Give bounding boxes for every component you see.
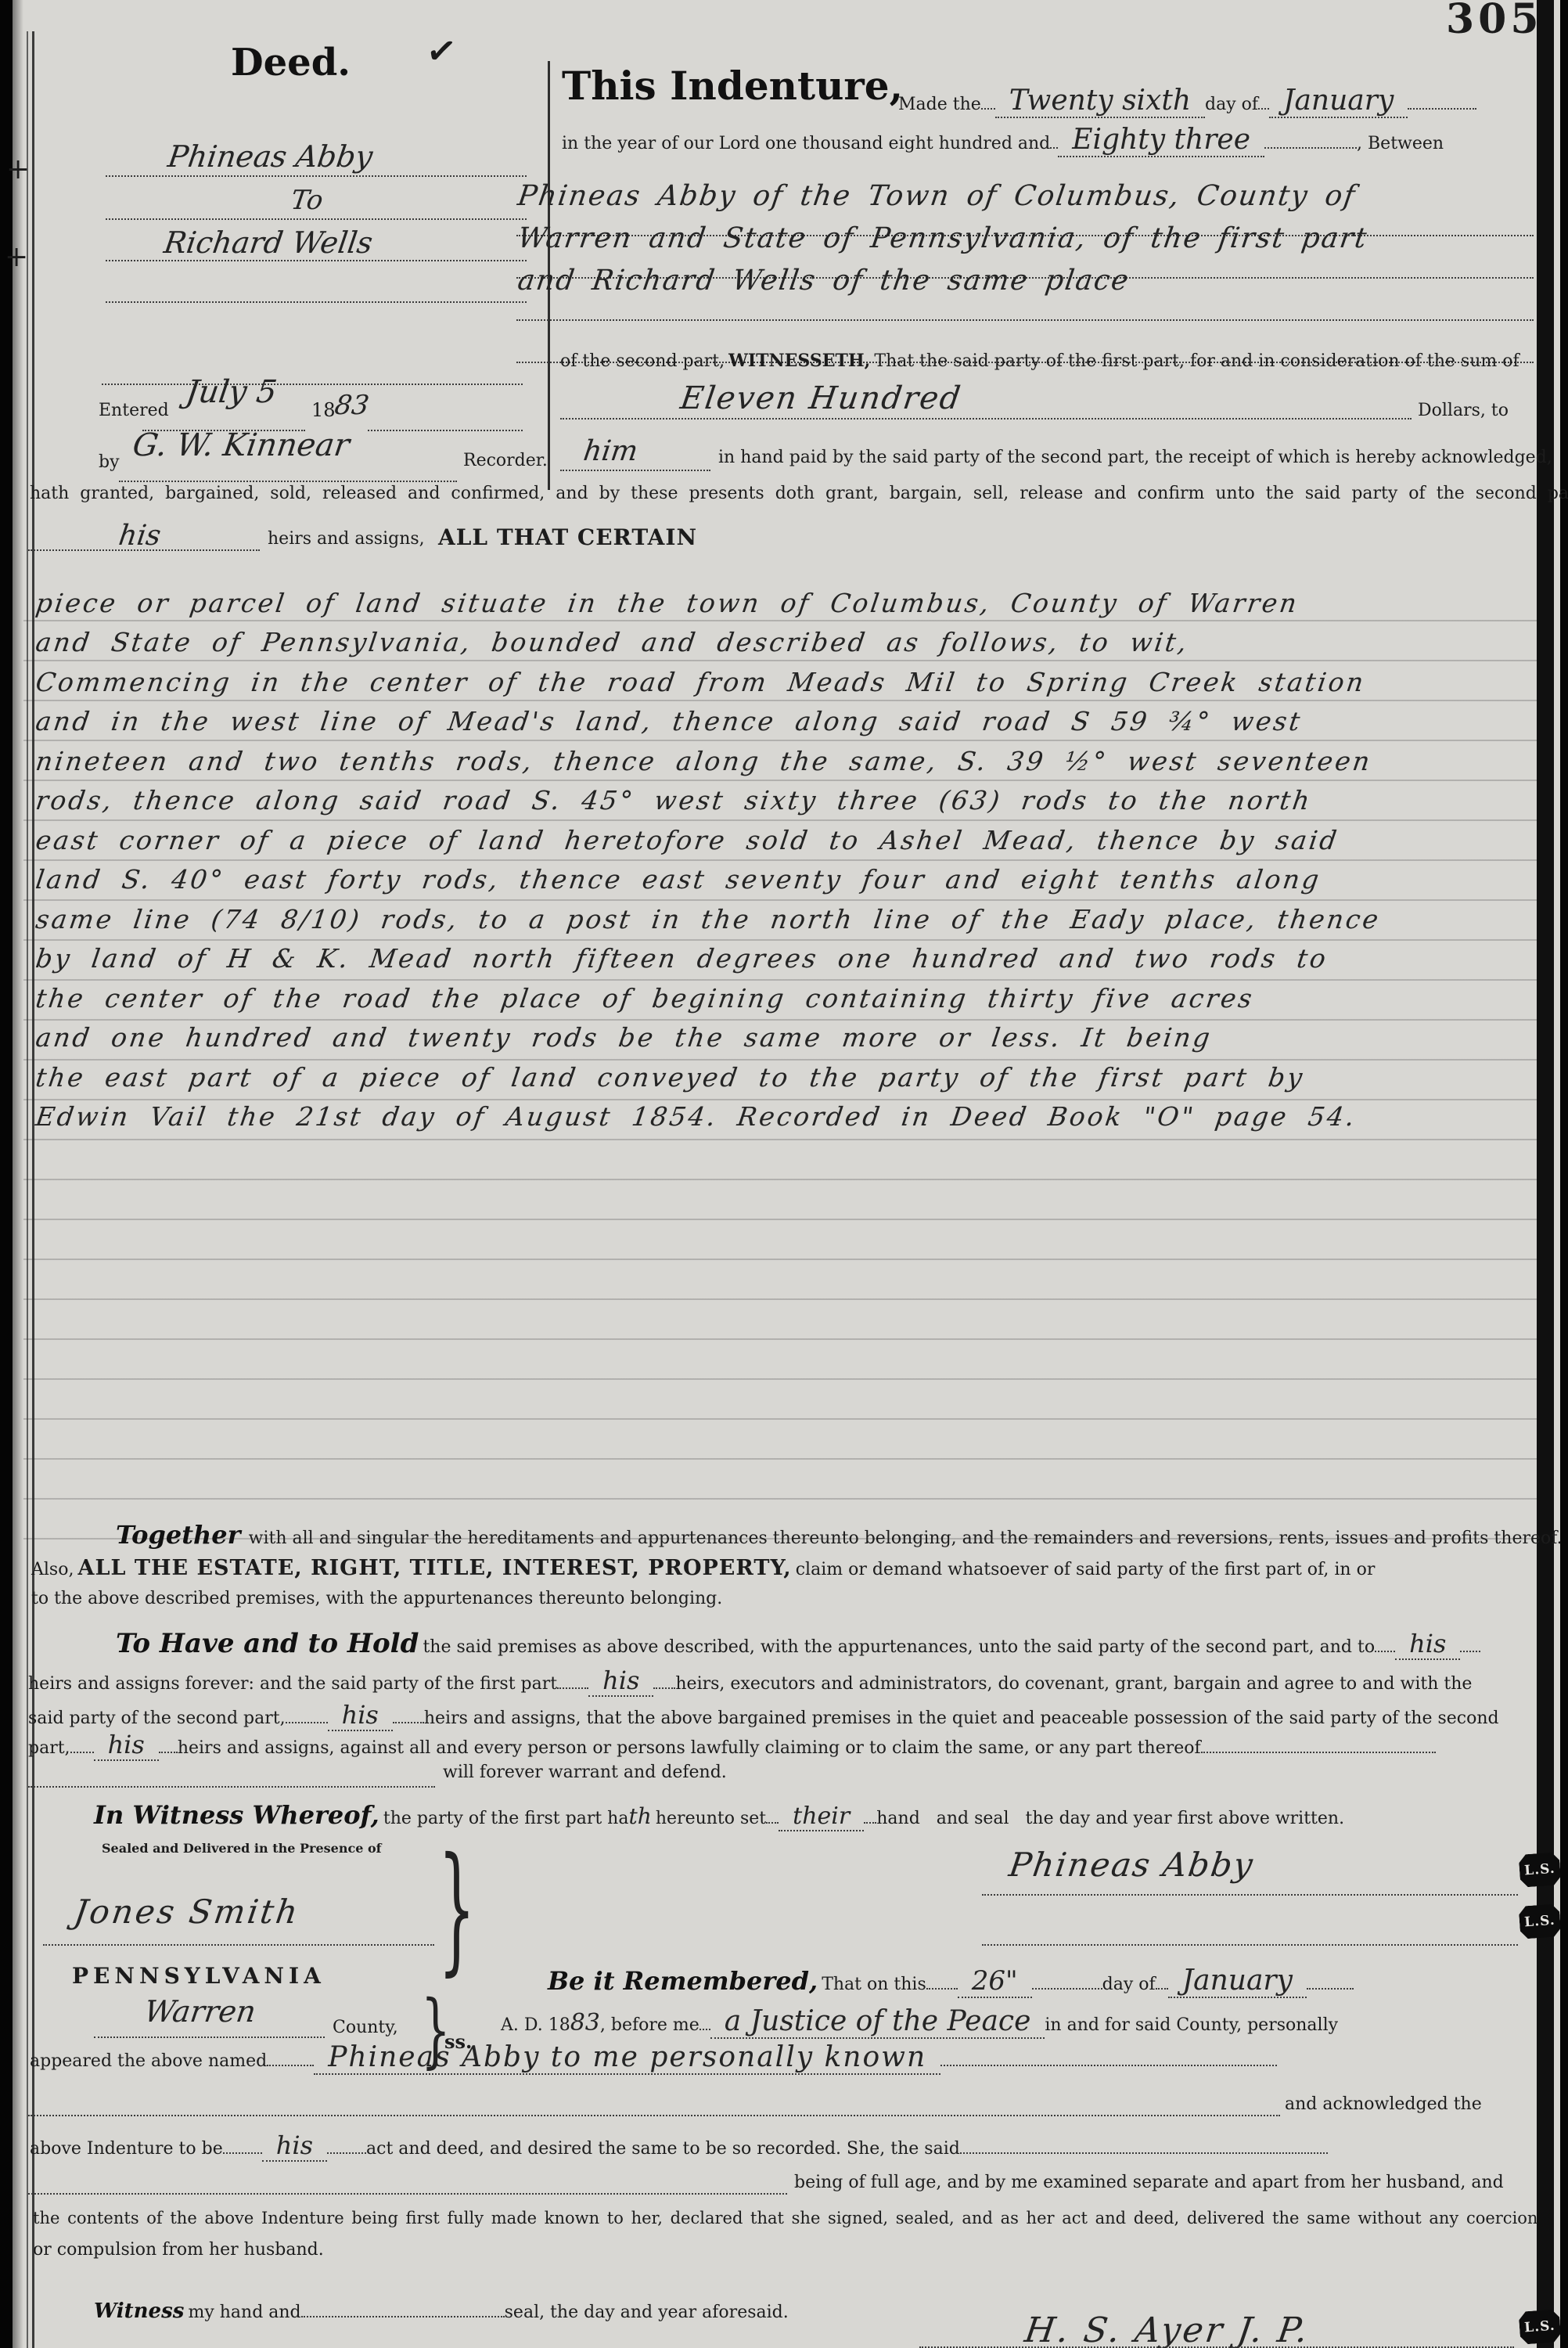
remembered-heading: Be it Remembered, [548, 1966, 818, 1996]
ack-day-of-label: day of [1102, 1975, 1156, 1994]
by-label: by [99, 452, 120, 472]
between-label: , Between [1357, 134, 1444, 153]
scan-edge-right [1560, 0, 1568, 2348]
indenture-heading: This Indenture, [562, 63, 903, 109]
warrant-defend-text: will forever warrant and defend. [443, 1763, 727, 1782]
dotted-line [560, 416, 1412, 420]
habendum-line3-pre: said party of the second part, [28, 1709, 286, 1728]
margin-grantee-name: Richard Wells [162, 225, 375, 260]
description-line: land S. 40° east forty rods, thence east… [34, 864, 1323, 895]
recorder-title: Recorder. [463, 451, 548, 470]
party-line: Warren and State of Pennsylvania, of the… [516, 222, 1370, 254]
all-that-certain-label: ALL THAT CERTAIN [438, 524, 697, 550]
month-hw: January [1269, 85, 1408, 118]
margin-title: Deed. [231, 41, 351, 85]
acknowledged-label: and acknowledged the [1285, 2094, 1482, 2114]
habendum-heading: To Have and to Hold [116, 1628, 419, 1659]
dotted-line [106, 174, 527, 177]
estate-bold-text: ALL THE ESTATE, RIGHT, TITLE, INTEREST, … [78, 1556, 792, 1580]
his-hw: his [328, 1700, 393, 1731]
seal-label: L.S. [1524, 1913, 1556, 1931]
dotted-line [43, 1943, 434, 1946]
habendum-line2-post: heirs, executors and administrators, do … [675, 1674, 1472, 1694]
also-label: Also, [31, 1560, 74, 1579]
seal-badge: L.S. [1519, 1852, 1562, 1888]
dotted-line [119, 479, 457, 482]
ack-day-hw: 26" [958, 1965, 1032, 1998]
witness-heading: In Witness Whereof, [94, 1800, 379, 1830]
scan-edge-left [0, 0, 13, 2348]
scan-edge-left-shadow [13, 0, 23, 2348]
description-line: nineteen and two tenths rods, thence alo… [34, 746, 1374, 776]
compulsion-text: or compulsion from her husband. [33, 2240, 324, 2260]
habendum-line3-post: heirs and assigns, that the above bargai… [424, 1709, 1499, 1728]
seal-badge: L.S. [1519, 1903, 1562, 1939]
margin-grantor-name: Phineas Abby [166, 139, 375, 174]
hath-granted-text: hath granted, bargained, sold, released … [30, 484, 1535, 503]
entered-year-print: 18 [311, 399, 336, 421]
sealed-delivered-label: Sealed and Delivered in the Presence of [102, 1841, 382, 1856]
presence-brace: } [438, 1830, 476, 1990]
justice-signature: H. S. Ayer J. P. [1022, 2310, 1312, 2348]
description-line: same line (74 8/10) rods, to a post in t… [34, 904, 1383, 935]
dotted-line [94, 2035, 325, 2038]
party-line: and Richard Wells of the same place [516, 265, 1131, 297]
description-line: the center of the road the place of begi… [34, 983, 1256, 1014]
year-hw: Eighty three [1058, 124, 1264, 157]
dotted-line [28, 2113, 1280, 2116]
appeared-hw: Phineas Abby to me personally known [314, 2041, 940, 2075]
description-line: rods, thence along said road S. 45° west… [34, 785, 1314, 816]
description-line: by land of H & K. Mead north fifteen deg… [34, 943, 1329, 974]
th-hw: th [628, 1803, 651, 1829]
second-part-label: of the second part, [560, 351, 725, 371]
recorder-name: G. W. Kinnear [131, 427, 352, 463]
description-line: the east part of a piece of land conveye… [34, 1062, 1306, 1093]
dollars-to-label: Dollars, to [1418, 401, 1509, 420]
his-hw: his [1395, 1629, 1460, 1660]
their-hw: their [779, 1802, 864, 1831]
in-hand-text: in hand paid by the said party of the se… [718, 448, 1552, 467]
year-line-print: in the year of our Lord one thousand eig… [562, 134, 1050, 153]
witnesseth-label: WITNESSETH, [728, 351, 870, 371]
consideration-text: That the said party of the first part, f… [874, 351, 1519, 371]
deed-page: 305 ✓ + + Deed. Phineas Abby To Richard … [0, 0, 1568, 2348]
description-line: piece or parcel of land situate in the t… [34, 588, 1300, 618]
entered-date: July 5 [184, 374, 279, 410]
ad-year-hw: 83 [570, 2009, 600, 2036]
grantor-signature: Phineas Abby [1007, 1846, 1257, 1884]
dotted-line [28, 2191, 787, 2195]
entered-label: Entered [99, 401, 169, 420]
description-line: Commencing in the center of the road fro… [34, 667, 1368, 697]
habendum-line1: the said premises as above described, wi… [423, 1637, 1375, 1657]
margin-cross-mark: + [6, 153, 30, 185]
indenture-post-label: act and deed, and desired the same to be… [366, 2139, 960, 2159]
day-of-label: day of [1205, 95, 1258, 114]
premises-text: to the above described premises, with th… [31, 1589, 722, 1608]
indenture-pre-label: above Indenture to be [30, 2139, 223, 2159]
witness-line-mid: hereunto set [656, 1809, 766, 1828]
dotted-line [28, 1784, 435, 1788]
habendum-line4-post: heirs and assigns, against all and every… [178, 1738, 1201, 1758]
entered-year-hw: 83 [333, 390, 371, 421]
description-line: east corner of a piece of land heretofor… [34, 825, 1340, 855]
dotted-line [919, 2345, 1514, 2348]
made-the-label: Made the [898, 95, 981, 114]
his-hw: his [94, 1730, 159, 1761]
description-line: and one hundred and twenty rods be the s… [34, 1022, 1214, 1053]
dotted-line [106, 300, 527, 303]
check-mark: ✓ [423, 28, 459, 74]
witness-word: Witness [94, 2299, 184, 2323]
party-line: Phineas Abby of the Town of Columbus, Co… [516, 180, 1358, 212]
before-me-label: , before me [600, 2015, 699, 2035]
full-age-text: being of full age, and by me examined se… [794, 2173, 1504, 2192]
together-heading: Together [116, 1520, 240, 1550]
that-on-this-label: That on this [822, 1975, 926, 1994]
witness-line-pre: the party of the first part ha [383, 1809, 629, 1828]
dotted-line [516, 318, 1534, 321]
margin-to-label: To [289, 185, 325, 216]
day-written-hw: Twenty sixth [995, 85, 1205, 118]
my-hand-label: my hand and [188, 2303, 300, 2322]
dotted-line [106, 217, 527, 220]
dotted-line [102, 382, 523, 385]
witness-line-post: hand and seal the day and year first abo… [876, 1809, 1344, 1828]
description-line: Edwin Vail the 21st day of August 1854. … [34, 1101, 1358, 1132]
state-label: PENNSYLVANIA [72, 1963, 325, 1989]
county-label: County, [333, 2018, 398, 2037]
habendum-line4-pre: part, [28, 1738, 70, 1758]
dotted-line [560, 468, 710, 471]
claim-text: claim or demand whatsoever of said party… [796, 1560, 1376, 1579]
contents-text: the contents of the above Indenture bein… [33, 2209, 1535, 2227]
witness-signature: Jones Smith [72, 1892, 303, 1931]
amount-hw: Eleven Hundred [678, 380, 964, 416]
ack-month-hw: January [1168, 1964, 1307, 1998]
dotted-line [982, 1943, 1518, 1946]
appeared-label: appeared the above named [30, 2051, 267, 2071]
seal-label: L.S. [1524, 2318, 1556, 2336]
his-hw: his [588, 1666, 653, 1697]
ad-label: A. D. 18 [501, 2015, 570, 2035]
form-border-right [1537, 0, 1554, 2348]
county-hw: Warren [142, 1994, 258, 2029]
together-body: with all and singular the hereditaments … [249, 1529, 1563, 1548]
seal-day-label: seal, the day and year aforesaid. [505, 2303, 789, 2322]
description-line: and State of Pennsylvania, bounded and d… [34, 627, 1191, 657]
seal-label: L.S. [1524, 1861, 1556, 1879]
heirs-assigns-label: heirs and assigns, [268, 529, 425, 549]
description-line: and in the west line of Mead's land, the… [34, 706, 1304, 736]
margin-cross-mark: + [5, 241, 28, 273]
him-hw: him [581, 435, 640, 467]
dotted-line [106, 258, 527, 261]
seal-badge: L.S. [1519, 2309, 1562, 2345]
dotted-line [368, 428, 523, 431]
his-hw: his [117, 520, 163, 552]
dotted-line [982, 1892, 1518, 1896]
page-number: 305 [1446, 0, 1543, 43]
his-hw: his [262, 2130, 327, 2162]
habendum-line2-pre: heirs and assigns forever: and the said … [28, 1674, 557, 1694]
justice-hw: a Justice of the Peace [710, 2005, 1045, 2039]
in-and-for-label: in and for said County, personally [1045, 2015, 1338, 2035]
